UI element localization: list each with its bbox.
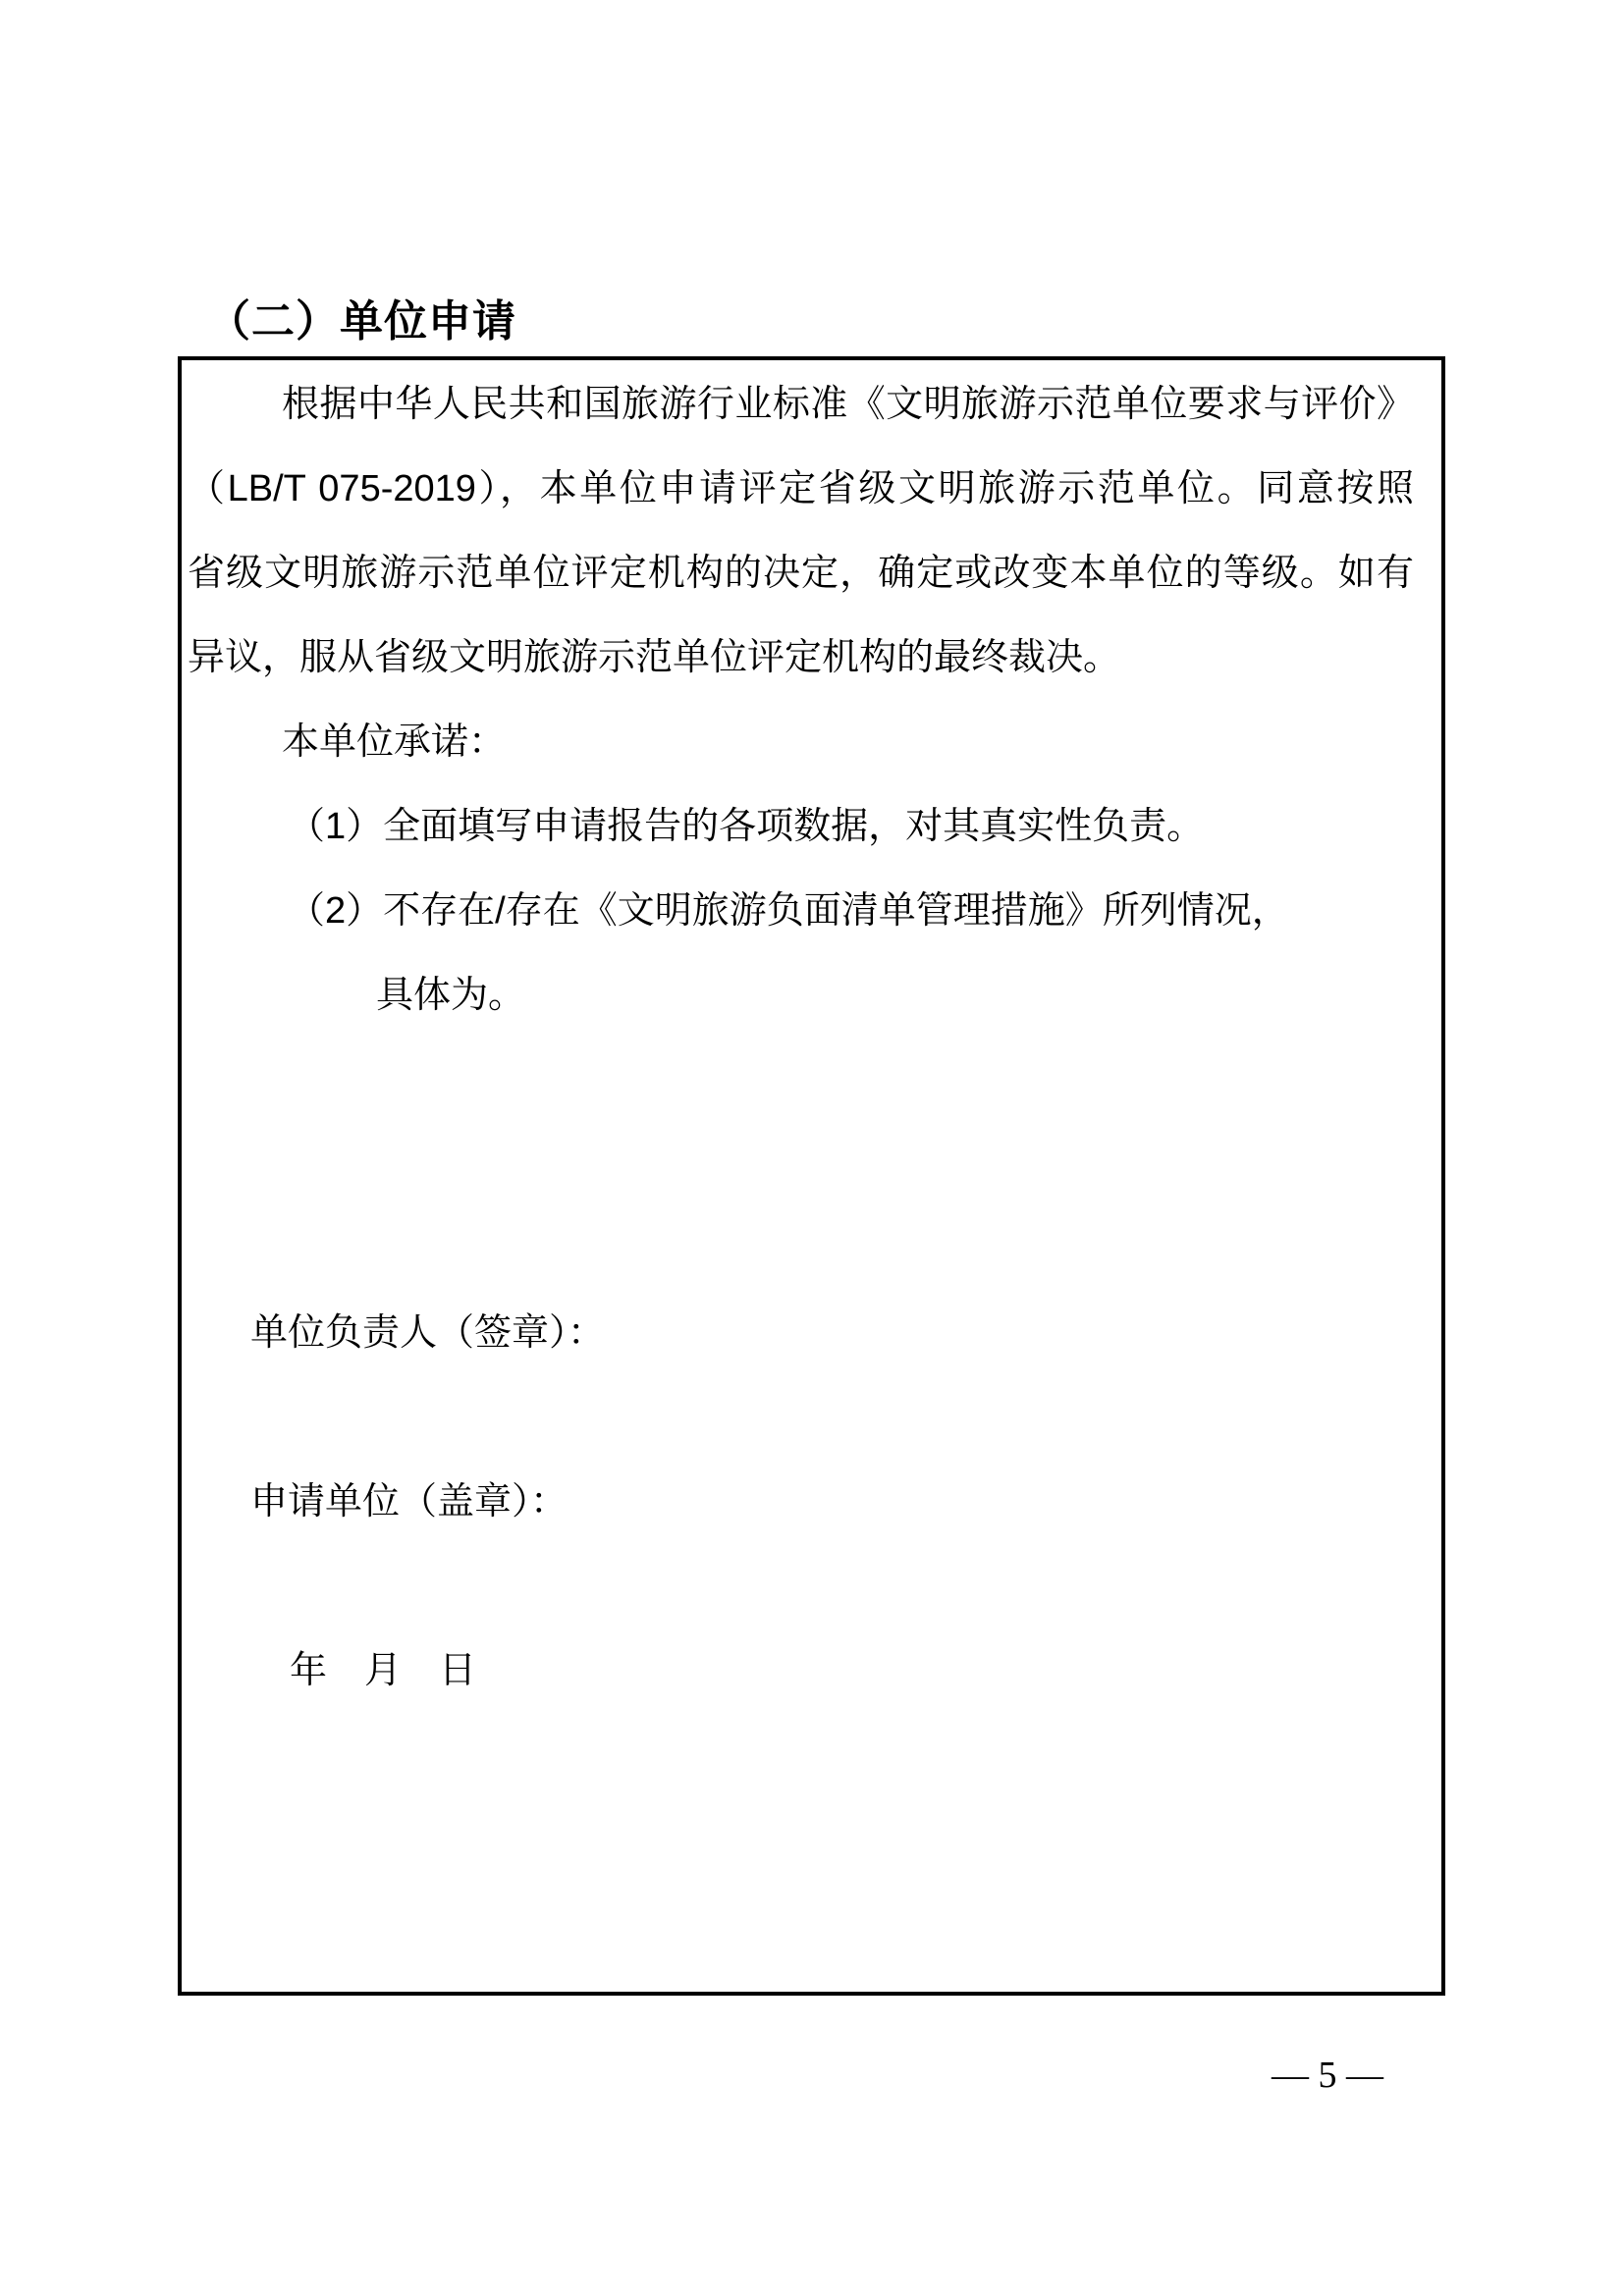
unit-seal-label: 申请单位（盖章）：	[188, 1460, 1414, 1544]
commitment-item-1: （1）全面填写申请报告的各项数据，对其真实性负责。	[188, 784, 1414, 869]
document-page: （二）单位申请 根据中华人民共和国旅游行业标准《文明旅游示范单位要求与评价》 （…	[0, 0, 1624, 2296]
paragraph-line-3: 省级文明旅游示范单位评定机构的决定，确定或改变本单位的等级。如有	[188, 531, 1414, 615]
paragraph-line-4: 异议，服从省级文明旅游示范单位评定机构的最终裁决。	[188, 615, 1414, 700]
commitment-label: 本单位承诺：	[188, 700, 1414, 784]
date-line: 年 月 日	[188, 1629, 1414, 1713]
paragraph-line-1: 根据中华人民共和国旅游行业标准《文明旅游示范单位要求与评价》	[188, 362, 1414, 447]
commitment-item-2-continuation: 具体为。	[188, 953, 1414, 1038]
paragraph-line-2: （LB/T 075-2019），本单位申请评定省级文明旅游示范单位。同意按照	[188, 447, 1414, 531]
section-heading: （二）单位申请	[207, 286, 516, 348]
application-form-box: 根据中华人民共和国旅游行业标准《文明旅游示范单位要求与评价》 （LB/T 075…	[178, 356, 1445, 1996]
page-number: — 5 —	[1249, 2054, 1406, 2097]
leader-signature-label: 单位负责人（签章）：	[188, 1291, 1414, 1375]
commitment-item-2: （2）不存在/存在《文明旅游负面清单管理措施》所列情况，	[188, 869, 1414, 953]
